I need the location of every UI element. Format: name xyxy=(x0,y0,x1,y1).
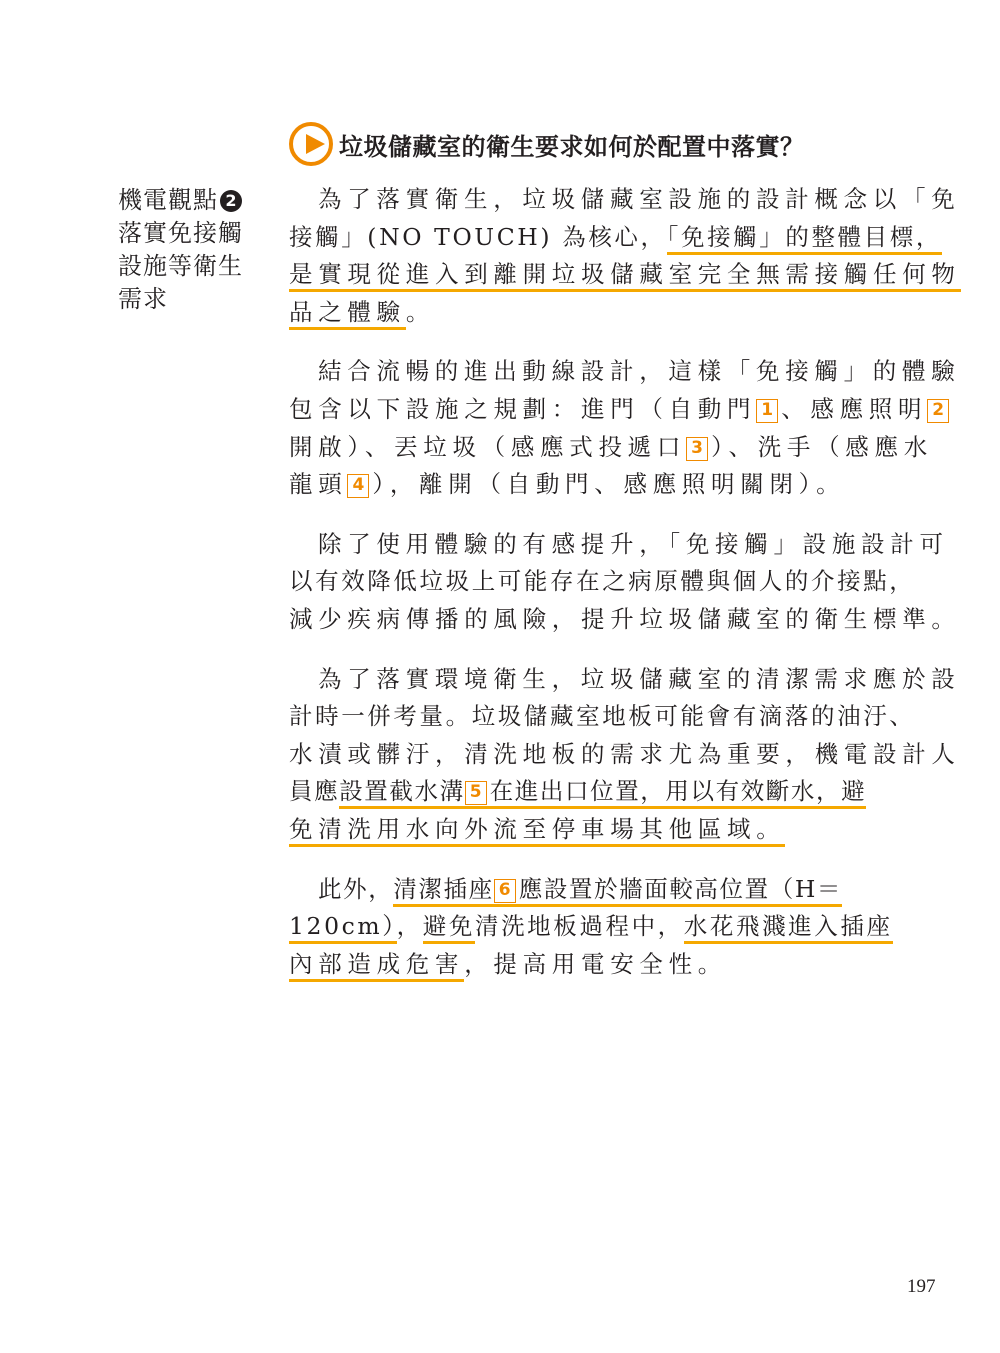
text-line: 包含以下設施之規劃：進門（自動門1、感應照明2 xyxy=(289,391,889,429)
text-line: 120cm），避免清洗地板過程中，水花飛濺進入插座 xyxy=(289,908,889,946)
text-run: 包含以下設施之規劃：進門（自動門 xyxy=(289,395,756,423)
side-note-line: 落實免接觸 xyxy=(118,217,258,250)
figure-ref-badge: 6 xyxy=(494,879,516,903)
text-run: 以有效降低垃圾上可能存在之病原體與個人的介接點， xyxy=(289,567,915,595)
text-line: 接觸」(NO TOUCH) 為核心，「免接觸」的整體目標， xyxy=(289,219,889,257)
side-note-text: 機電觀點 xyxy=(118,186,218,214)
text-run: ），離開（自動門、感應照明關閉）。 xyxy=(372,470,845,498)
text-run: 、感應照明 xyxy=(781,395,927,423)
text-run: 減少疾病傳播的風險，提升垃圾儲藏室的衛生標準。 xyxy=(289,605,961,633)
text-run: 。 xyxy=(406,298,435,326)
side-note-line: 需求 xyxy=(118,283,258,316)
text-run: 員應 xyxy=(289,777,339,805)
text-run: 除了使用體驗的有感提升，「免接觸」設施設計可 xyxy=(318,530,949,558)
highlighted-text: 品之體驗 xyxy=(289,298,406,330)
text-line: 減少疾病傳播的風險，提升垃圾儲藏室的衛生標準。 xyxy=(289,601,889,639)
text-line: 計時一併考量。垃圾儲藏室地板可能會有滴落的油汙、 xyxy=(289,698,889,736)
text-line: 結合流暢的進出動線設計，這樣「免接觸」的體驗 xyxy=(289,353,889,391)
text-line: 是實現從進入到離開垃圾儲藏室完全無需接觸任何物 xyxy=(289,256,889,294)
figure-ref-badge: 1 xyxy=(756,399,778,423)
paragraph-1: 為了落實衛生，垃圾儲藏室設施的設計概念以「免 接觸」(NO TOUCH) 為核心… xyxy=(289,181,889,331)
text-run: ）、洗手（感應水 xyxy=(711,433,933,461)
text-run: 為了落實環境衛生，垃圾儲藏室的清潔需求應於設 xyxy=(318,665,960,693)
text-line: 開啟）、丟垃圾（感應式投遞口3）、洗手（感應水 xyxy=(289,429,889,467)
highlighted-text: 設置截水溝5在進出口位置，用以有效斷水，避 xyxy=(339,777,866,809)
side-note-line: 設施等衛生 xyxy=(118,250,258,283)
highlighted-text: 內部造成危害 xyxy=(289,950,464,982)
paragraph-2: 結合流暢的進出動線設計，這樣「免接觸」的體驗 包含以下設施之規劃：進門（自動門1… xyxy=(289,353,889,503)
text-line: 除了使用體驗的有感提升，「免接觸」設施設計可 xyxy=(289,526,889,564)
highlighted-text: 清潔插座6應設置於牆面較高位置（H＝ xyxy=(393,875,842,907)
highlighted-text: 水花飛濺進入插座 xyxy=(684,912,893,944)
text-run: 龍頭 xyxy=(289,470,347,498)
highlighted-text: 是實現從進入到離開垃圾儲藏室完全無需接觸任何物 xyxy=(289,260,961,292)
number-badge: 2 xyxy=(220,190,242,212)
highlighted-text: 免清洗用水向外流至停車場其他區域。 xyxy=(289,815,785,847)
paragraph-5: 此外，清潔插座6應設置於牆面較高位置（H＝ 120cm），避免清洗地板過程中，水… xyxy=(289,871,889,984)
text-line: 水漬或髒汙，清洗地板的需求尤為重要，機電設計人 xyxy=(289,736,889,774)
text-run: 接觸」(NO TOUCH) 為核心， xyxy=(289,223,667,251)
text-run: 清洗地板過程中， xyxy=(475,912,684,940)
text-run: 水漬或髒汙，清洗地板的需求尤為重要，機電設計人 xyxy=(289,740,961,768)
text-run: 此外， xyxy=(318,875,393,903)
text-run: ， xyxy=(397,912,423,940)
text-run: 應設置於牆面較高位置（H＝ xyxy=(519,875,842,903)
text-line: 此外，清潔插座6應設置於牆面較高位置（H＝ xyxy=(289,871,889,909)
text-run: 為了落實衛生，垃圾儲藏室設施的設計概念以「免 xyxy=(318,185,960,213)
highlighted-text: 避免 xyxy=(423,912,475,944)
play-circle-icon xyxy=(289,122,333,166)
text-run: 計時一併考量。垃圾儲藏室地板可能會有滴落的油汙、 xyxy=(289,702,915,730)
side-note: 機電觀點2 落實免接觸 設施等衛生 需求 xyxy=(118,184,258,316)
text-line: 以有效降低垃圾上可能存在之病原體與個人的介接點， xyxy=(289,563,889,601)
text-line: 為了落實衛生，垃圾儲藏室設施的設計概念以「免 xyxy=(289,181,889,219)
text-run: 結合流暢的進出動線設計，這樣「免接觸」的體驗 xyxy=(318,357,960,385)
paragraph-4: 為了落實環境衛生，垃圾儲藏室的清潔需求應於設 計時一併考量。垃圾儲藏室地板可能會… xyxy=(289,661,889,849)
figure-ref-badge: 2 xyxy=(927,399,949,423)
text-line: 免清洗用水向外流至停車場其他區域。 xyxy=(289,811,889,849)
text-run: 設置截水溝 xyxy=(339,777,465,805)
text-line: 內部造成危害，提高用電安全性。 xyxy=(289,946,889,984)
side-note-line: 機電觀點2 xyxy=(118,184,258,217)
highlighted-text: 「免接觸」的整體目標， xyxy=(667,223,942,255)
figure-ref-badge: 4 xyxy=(347,474,369,498)
paragraph-3: 除了使用體驗的有感提升，「免接觸」設施設計可 以有效降低垃圾上可能存在之病原體與… xyxy=(289,526,889,639)
text-run: 在進出口位置，用以有效斷水，避 xyxy=(490,777,867,805)
heading-text: 垃圾儲藏室的衛生要求如何於配置中落實？ xyxy=(339,127,805,162)
section-heading: 垃圾儲藏室的衛生要求如何於配置中落實？ xyxy=(289,120,805,168)
highlighted-text: 120cm） xyxy=(289,912,397,944)
text-run: 開啟）、丟垃圾（感應式投遞口 xyxy=(289,433,686,461)
text-line: 龍頭4），離開（自動門、感應照明關閉）。 xyxy=(289,466,889,504)
figure-ref-badge: 3 xyxy=(686,437,708,461)
text-run: ，提高用電安全性。 xyxy=(464,950,727,978)
text-line: 品之體驗。 xyxy=(289,294,889,332)
figure-ref-badge: 5 xyxy=(465,781,487,805)
page-number: 197 xyxy=(907,1276,936,1298)
body-text: 為了落實衛生，垃圾儲藏室設施的設計概念以「免 接觸」(NO TOUCH) 為核心… xyxy=(289,181,889,1005)
text-line: 員應設置截水溝5在進出口位置，用以有效斷水，避 xyxy=(289,773,889,811)
text-run: 清潔插座 xyxy=(393,875,493,903)
text-line: 為了落實環境衛生，垃圾儲藏室的清潔需求應於設 xyxy=(289,661,889,699)
